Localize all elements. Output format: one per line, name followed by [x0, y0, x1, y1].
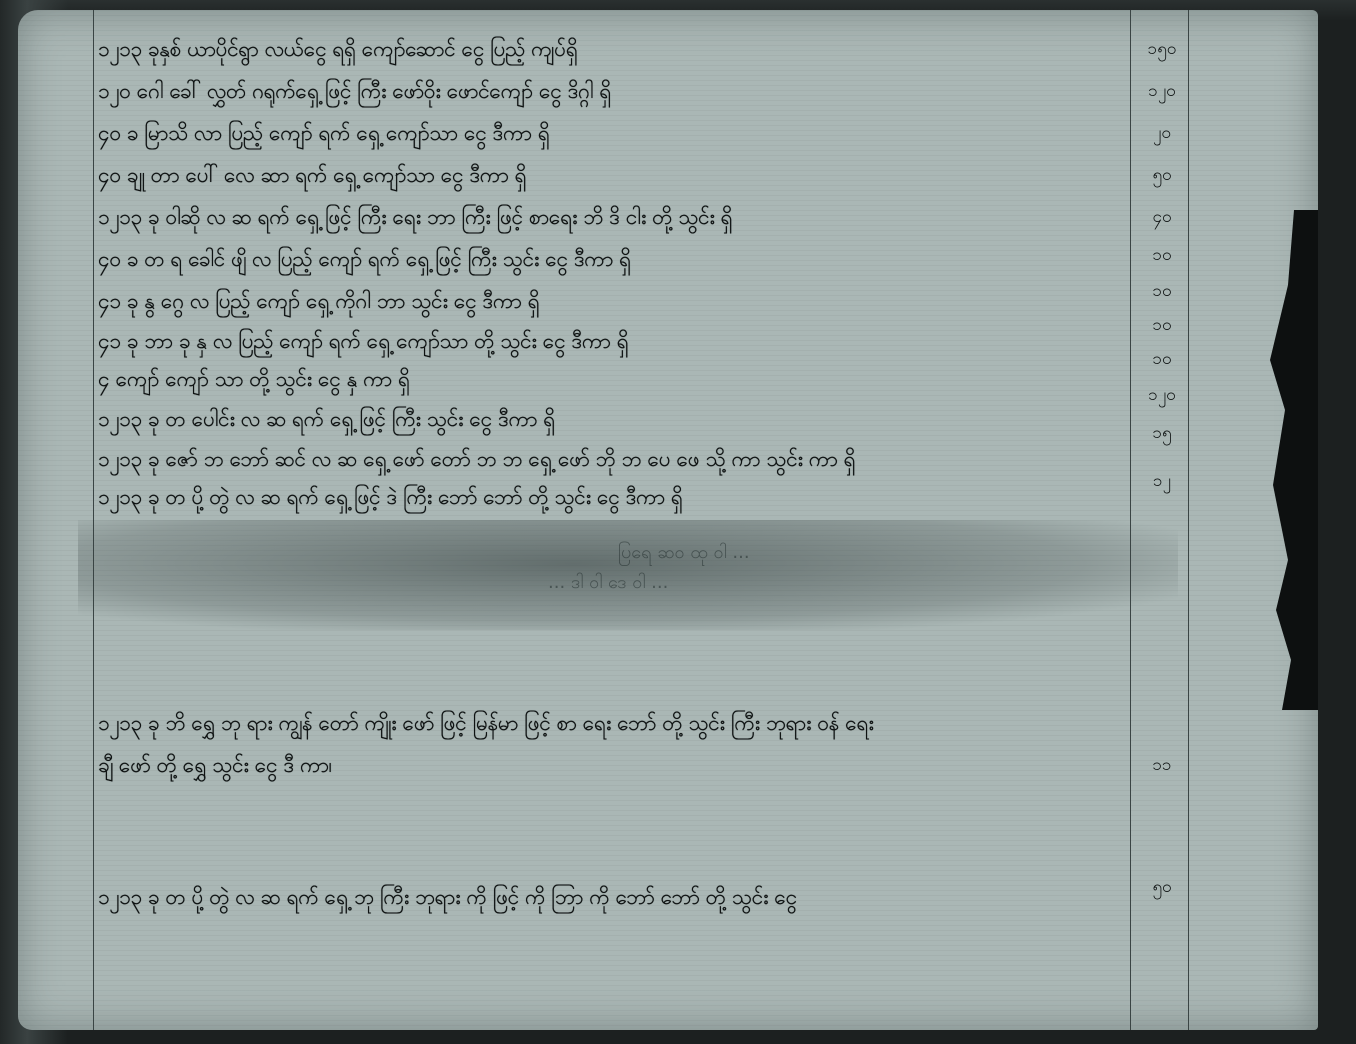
entry-line: ၄၀ ခ မြာသိ လာ ပြည့် ကျော် ရက် ရှေ့ ကျော်…: [98, 120, 549, 151]
amount-value: ၂၀: [1136, 122, 1188, 147]
entry-line: ၄၀ ချု တာ ပေါ် လေ ဆာ ရက် ရှေ့ ကျော်သာ ငွ…: [98, 162, 526, 193]
entry-line: ချီ ဖော် တို့ ရွှေ သွင်း ငွေ ဒီ ကာ၊: [98, 752, 332, 783]
entry-line: ၄၁ ခု ဘာ ခု နှ လ ပြည့် ကျော် ရက် ရှေ့ ကျ…: [98, 328, 628, 359]
amount-value: ၁၂၀: [1136, 384, 1188, 409]
amount-value: ၅၀: [1136, 876, 1188, 901]
amount-value: ၁၀: [1136, 244, 1188, 269]
entry-line: ၁၂၁၃ ခု တ ပို့ တွဲ လ ဆ ရက် ရှေ့ ဘု ကြီး …: [98, 884, 797, 915]
amount-value: ၅၀: [1136, 164, 1188, 189]
torn-edge: [1258, 210, 1318, 710]
faded-text: ... ဒါ ဝါ ဒေ ဝါ ...: [548, 570, 668, 597]
left-margin-rule: [93, 10, 94, 1030]
entry-line: ၁၂၁၃ ခု တ ပေါင်း လ ဆ ရက် ရှေ့ ဖြင့် ကြီး…: [98, 406, 555, 437]
amount-value: ၁၅: [1136, 422, 1188, 447]
amount-column-rule-right: [1188, 10, 1189, 1030]
amount-value: ၁၅၀: [1136, 38, 1188, 63]
entry-line: ၁၂၀ ဂေါ ခေါ် လွှတ် ဂရုက်ရှေ့ ဖြင့် ကြီး …: [98, 78, 611, 109]
entry-line: ၄၀ ခ တ ရ ခေါင် ဖျိ လ ပြည့် ကျော် ရက် ရှေ…: [98, 246, 631, 277]
faded-text: ပြရေ ဆဝ ထု ဝါ ...: [618, 540, 750, 567]
amount-value: ၁၀: [1136, 348, 1188, 373]
amount-value: ၁၀: [1136, 314, 1188, 339]
entry-line: ၄၁ ခု နွ ဂွေ လ ပြည့် ကျော် ရှေ့ ကိုဂါ ဘာ…: [98, 288, 539, 319]
entry-line: ၁၂၁၃ ခု ဇော် ဘ ဘော် ဆင် လ ဆ ရှေ့ ဖော် တေ…: [98, 446, 855, 477]
entry-line: ၁၂၁၃ ခု တ ပို့ တွဲ လ ဆ ရက် ရှေ့ ဖြင့် ဒဲ…: [98, 484, 682, 515]
amount-value: ၁၂၀: [1136, 80, 1188, 105]
amount-value: ၁၁: [1136, 754, 1188, 779]
entry-line: ၁၂၁၃ ခု ဝါဆို လ ဆ ရက် ရှေ့ ဖြင့် ကြီး ရေ…: [98, 204, 732, 235]
manuscript-page: ၁၂၁၃ ခုနှစ် ယာပိုင်ရွာ လယ်ငွေ ရရှိ ကျော်…: [18, 10, 1318, 1030]
amount-value: ၄၀: [1136, 206, 1188, 231]
entry-line: ၄ ကျော် ကျော် သာ တို့ သွင်း ငွေ နှ ကာ ရှ…: [98, 366, 410, 397]
entry-line: ၁၂၁၃ ခု ဘိ ရွှေ ဘု ရား ကျွန် တော် ကျိုး …: [98, 710, 873, 741]
amount-value: ၁၀: [1136, 280, 1188, 305]
amount-column-rule-left: [1130, 10, 1131, 1030]
amount-value: ၁၂: [1136, 470, 1188, 495]
entry-line: ၁၂၁၃ ခုနှစ် ယာပိုင်ရွာ လယ်ငွေ ရရှိ ကျော်…: [98, 36, 577, 67]
